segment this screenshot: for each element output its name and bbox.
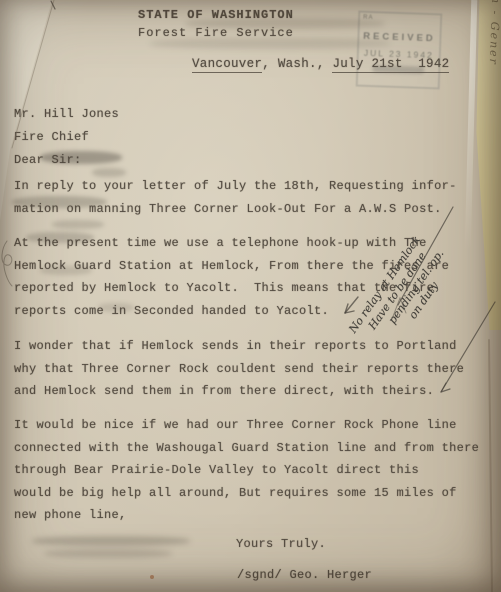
paper-crease-right <box>489 340 492 592</box>
received-stamp: RA RECEIVED JUL 23 1942 <box>356 11 443 90</box>
top-pen-tick <box>51 1 55 9</box>
vertical-handwriting: n - Gener <box>487 0 501 66</box>
typed-line: through Bear Prairie-Dole Valley to Yaco… <box>14 459 479 482</box>
dateline-middle: , Wash., <box>262 57 332 71</box>
bleedthrough-bottom-2 <box>44 549 172 558</box>
bleedthrough-bottom-1 <box>32 536 190 546</box>
dateline-date: July 21st 1942 <box>332 57 449 73</box>
letterhead-service: Forest Fire Service <box>138 26 294 40</box>
paragraph-1: In reply to your letter of July the 18th… <box>14 175 457 220</box>
letter-scan: n - Gener RA RECEIVED JUL 23 1942 STATE … <box>0 0 501 592</box>
typed-line: connected with the Washougal Guard Stati… <box>14 437 479 460</box>
dateline-city: Vancouver <box>192 57 262 73</box>
margin-doodle <box>2 241 12 286</box>
typed-line: would be big help all around, But requir… <box>14 482 479 505</box>
rust-speck <box>150 575 154 579</box>
typed-line: and Hemlock send them in from there dire… <box>14 380 464 403</box>
salutation: Dear Sir: <box>14 153 82 167</box>
faint-smudge-1 <box>52 220 104 229</box>
typed-line: At the present time we use a telephone h… <box>14 232 449 255</box>
signature: /sgnd/ Geo. Herger <box>237 568 372 582</box>
stamp-received-text: RECEIVED <box>359 31 439 45</box>
letterhead-org: STATE OF WASHINGTON <box>138 8 294 22</box>
typed-line: In reply to your letter of July the 18th… <box>14 175 457 198</box>
stamp-corner-text: RA <box>363 15 374 21</box>
typed-line: mation on manning Three Corner Look-Out … <box>14 198 457 221</box>
typed-line: It would be nice if we had our Three Cor… <box>14 414 479 437</box>
paragraph-4: It would be nice if we had our Three Cor… <box>14 414 479 527</box>
closing: Yours Truly. <box>236 537 326 551</box>
typed-line: new phone line, <box>14 504 479 527</box>
recipient-name: Mr. Hill Jones <box>14 107 119 121</box>
recipient-title: Fire Chief <box>14 130 89 144</box>
dateline: Vancouver, Wash., July 21st 1942 <box>192 57 449 71</box>
